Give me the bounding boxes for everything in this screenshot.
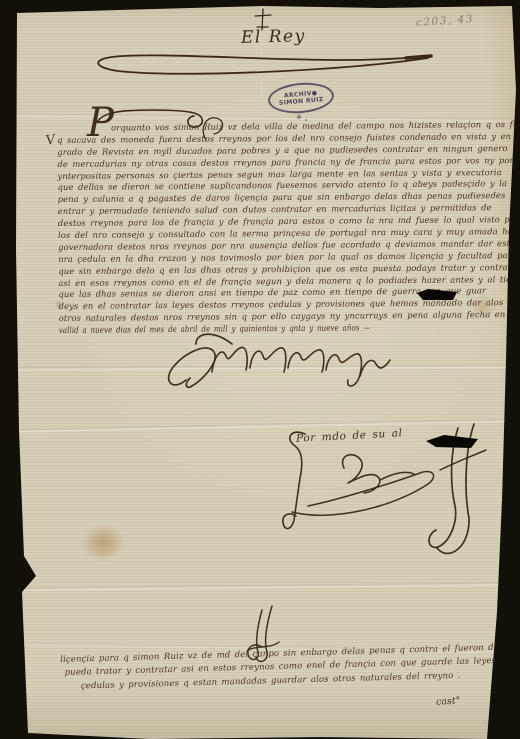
body-text: orquanto vos simon Ruiz vz dela villa de… — [57, 119, 514, 337]
archive-reference-pencil: c203, 43 — [416, 13, 475, 29]
heading-el-rey: El Rey — [241, 26, 306, 48]
royal-signature — [169, 334, 390, 387]
fold-crease — [16, 365, 512, 372]
photo-backdrop: El Rey c203, 43 ARCHIV● SIMON RUIZ V P o… — [0, 0, 520, 739]
fold-crease — [16, 419, 512, 433]
margin-mark: V — [45, 132, 57, 148]
ink-stain — [82, 525, 124, 561]
secretary-attestation: Por mdo de su al — [296, 427, 403, 445]
manuscript-paper: El Rey c203, 43 ARCHIV● SIMON RUIZ V P o… — [0, 0, 520, 739]
fold-crease — [16, 582, 512, 591]
archive-stamp: ARCHIV● SIMON RUIZ — [267, 80, 335, 116]
heading-flourish — [98, 55, 431, 73]
fold-crease — [259, 4, 262, 114]
manuscript-line: vallid a nueve dias del mes de abril de … — [59, 322, 441, 337]
corner-note: cast° — [436, 695, 461, 708]
